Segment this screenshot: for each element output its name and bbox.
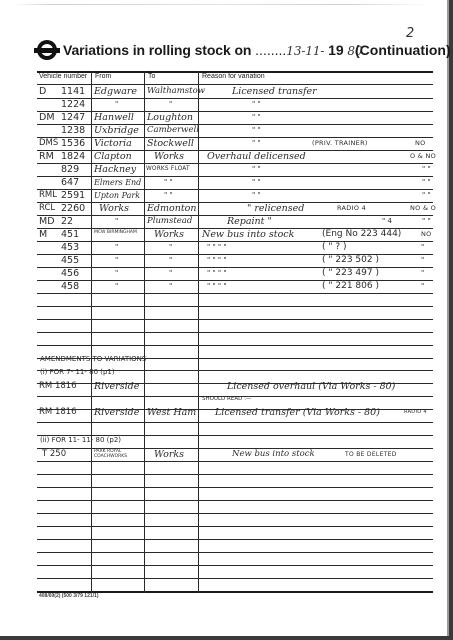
- reason: Licensed transfer (Via Works - 80): [215, 406, 380, 419]
- from-location: Upton Park: [94, 189, 146, 202]
- flag-note: " ": [422, 163, 431, 176]
- vehicle-number: 1224: [61, 98, 85, 111]
- column-header-from: From: [95, 73, 111, 80]
- vehicle-prefix: RM: [39, 150, 54, 163]
- vehicle-number: 2591: [61, 189, 85, 202]
- flag-note: ": [421, 267, 424, 280]
- reason: New bus into stock: [232, 448, 315, 461]
- vehicle-number: 1824: [61, 150, 85, 163]
- flag-note: O & NO: [410, 150, 436, 163]
- table-row: RML 2591 Upton Park " " " " " ": [37, 189, 433, 202]
- flag-note: RADIO 4: [404, 406, 427, 419]
- vehicle-number: 22: [61, 215, 73, 228]
- scan-edge: [0, 636, 453, 640]
- table-row: 1224 " " " ": [37, 98, 433, 111]
- reason: " " " ": [207, 241, 227, 254]
- remark: " 4: [382, 215, 392, 228]
- table-row: D 1141 Edgware Walthamstow Licensed tran…: [37, 85, 433, 98]
- reason: " ": [252, 111, 261, 124]
- from-location: Riverside: [94, 380, 146, 393]
- vehicle-number: 1238: [61, 124, 85, 137]
- flag-note: " ": [422, 189, 431, 202]
- reason: " ": [252, 137, 261, 150]
- table-row: RCL 2260 Works Edmonton " relicensed RAD…: [37, 202, 433, 215]
- vehicle-prefix: DMS: [39, 137, 58, 150]
- from-location: Works: [99, 202, 151, 215]
- table-row: 453 " " " " " " ( " ? ) ": [37, 241, 433, 254]
- flag-note: NO: [415, 137, 426, 150]
- vehicle-number: 1141: [61, 85, 85, 98]
- amendment-section-2: (ii) FOR 11- 11- 80 (p2): [40, 436, 121, 444]
- vehicle-prefix: MD: [39, 215, 55, 228]
- vehicle-number: 1247: [61, 111, 85, 124]
- form-title: Variations in rolling stock on ........1…: [63, 42, 366, 58]
- vehicle-prefix: DM: [39, 111, 55, 124]
- from-location: PARK ROYAL COACHWORKS: [94, 449, 144, 462]
- to-location: ": [169, 267, 172, 280]
- reason: Licensed overhaul (Via Works - 80): [227, 380, 395, 393]
- vehicle-number: RM 1816: [39, 406, 77, 419]
- table-row: DMS 1536 Victoria Stockwell " " (PRIV. T…: [37, 137, 433, 150]
- form-code: 408/69(2) (500 3/79 121/1): [39, 593, 99, 599]
- london-transport-roundel-icon: [37, 40, 57, 60]
- reason: " " " ": [207, 254, 227, 267]
- column-header-reason: Reason for variation: [202, 73, 265, 80]
- from-location: Victoria: [94, 137, 146, 150]
- from-location: ": [115, 267, 118, 280]
- scan-edge: [449, 0, 453, 640]
- vehicle-number: 458: [61, 280, 79, 293]
- engine-number: (Eng No 223 444): [322, 228, 401, 241]
- date-dots: ........: [255, 42, 286, 58]
- from-location: Hanwell: [94, 111, 146, 124]
- reason: Licensed transfer: [232, 85, 317, 98]
- vehicle-number: 2260: [61, 202, 85, 215]
- from-location: ": [115, 241, 118, 254]
- table-row: MD 22 " Plumstead Repaint " " 4 " ": [37, 215, 433, 228]
- table-row: 829 Hackney WORKS FLOAT " " " ": [37, 163, 433, 176]
- table-row: 1238 Uxbridge Camberwell " ": [37, 124, 433, 137]
- column-header-vehicle: Vehicle number: [39, 73, 87, 80]
- reason: New bus into stock: [202, 228, 294, 241]
- table-row: DM 1247 Hanwell Loughton " ": [37, 111, 433, 124]
- to-location: Stockwell: [147, 137, 197, 150]
- vehicle-number: 455: [61, 254, 79, 267]
- to-location: Camberwell: [147, 124, 197, 137]
- vehicle-number: 451: [61, 228, 79, 241]
- flag-note: ": [421, 241, 424, 254]
- to-location: West Ham: [147, 406, 197, 419]
- from-location: ": [115, 254, 118, 267]
- from-location: Uxbridge: [94, 124, 146, 137]
- reason: " ": [252, 124, 261, 137]
- flag-note: " ": [422, 176, 431, 189]
- from-location: Edgware: [94, 85, 146, 98]
- should-read-note: SHOULD READ :—: [202, 396, 251, 402]
- vehicle-prefix: M: [39, 228, 47, 241]
- continuation-label: (Continuation): [355, 42, 451, 58]
- title-text: Variations in rolling stock on: [63, 42, 251, 58]
- vehicle-number: 647: [61, 176, 79, 189]
- to-location: Works: [154, 448, 204, 461]
- flag-note: NO & O: [410, 202, 436, 215]
- amendment-section-1: (i) FOR 7- 11- 80 (p1): [40, 368, 115, 376]
- vehicle-prefix: RCL: [39, 202, 55, 215]
- vehicle-number: 456: [61, 267, 79, 280]
- reason: " ": [252, 98, 261, 111]
- reason: " relicensed: [247, 202, 304, 215]
- reason: " " " ": [207, 267, 227, 280]
- flag-note: TO BE DELETED: [345, 448, 397, 461]
- vehicle-number: 829: [61, 163, 79, 176]
- form-header: Variations in rolling stock on ........1…: [37, 38, 437, 62]
- to-location: ": [169, 280, 172, 293]
- from-location: ": [115, 280, 118, 293]
- date-field: 13-11-: [286, 44, 324, 58]
- from-location: ": [115, 98, 118, 111]
- table-row: M 451 MCW BIRMINGHAM Works New bus into …: [37, 228, 433, 241]
- table-row: RM 1824 Clapton Works Overhaul delicense…: [37, 150, 433, 163]
- reason: " ": [252, 189, 261, 202]
- scan-artifact: [10, 4, 430, 5]
- vehicle-number: 1536: [61, 137, 85, 150]
- vehicle-number: T 250: [42, 448, 66, 461]
- from-location: ": [115, 215, 118, 228]
- vehicle-prefix: RML: [39, 189, 57, 202]
- flag-note: ": [421, 254, 424, 267]
- from-location: Riverside: [94, 406, 146, 419]
- table-row: RM 1816 Riverside West Ham Licensed tran…: [37, 406, 433, 419]
- engine-number: ( " 221 806 ): [322, 280, 379, 293]
- to-location: " ": [164, 189, 173, 202]
- vehicle-number: 453: [61, 241, 79, 254]
- to-location: WORKS FLOAT: [146, 163, 190, 176]
- remark: RADIO 4: [337, 202, 366, 215]
- from-location: Hackney: [94, 163, 146, 176]
- table-row: T 250 PARK ROYAL COACHWORKS Works New bu…: [37, 448, 433, 461]
- to-location: ": [169, 254, 172, 267]
- column-header-to: To: [148, 73, 155, 80]
- reason: Overhaul delicensed: [207, 150, 306, 163]
- to-location: ": [169, 98, 172, 111]
- engine-number: ( " 223 497 ): [322, 267, 379, 280]
- engine-number: ( " ? ): [322, 241, 347, 254]
- reason: Repaint ": [227, 215, 272, 228]
- to-location: Works: [154, 228, 204, 241]
- to-location: Loughton: [147, 111, 197, 124]
- from-location: Clapton: [94, 150, 146, 163]
- to-location: Edmonton: [147, 202, 197, 215]
- table-row: 458 " " " " " " ( " 221 806 ) ": [37, 280, 433, 293]
- reason: " ": [252, 163, 261, 176]
- flag-note: NO: [421, 228, 432, 241]
- to-location: Walthamstow: [147, 85, 197, 98]
- to-location: " ": [164, 176, 173, 189]
- vehicle-number: RM 1816: [39, 380, 77, 393]
- remark: (PRIV. TRAINER): [312, 137, 368, 150]
- amendments-heading: AMENDMENTS TO VARIATIONS: [40, 355, 146, 363]
- from-location: Elmers End: [94, 176, 146, 189]
- table-row: 455 " " " " " " ( " 223 502 ) ": [37, 254, 433, 267]
- vehicle-prefix: D: [39, 85, 46, 98]
- flag-note: ": [421, 280, 424, 293]
- table-row: 647 Elmers End " " " " " ": [37, 176, 433, 189]
- to-location: ": [169, 241, 172, 254]
- table-row: RM 1816 Riverside Licensed overhaul (Via…: [37, 380, 433, 393]
- flag-note: " ": [422, 215, 431, 228]
- to-location: Works: [154, 150, 204, 163]
- table-row: 456 " " " " " " ( " 223 497 ) ": [37, 267, 433, 280]
- to-location: Plumstead: [147, 215, 197, 228]
- reason: " " " ": [207, 280, 227, 293]
- year-prefix: 19: [328, 42, 343, 58]
- reason: " ": [252, 176, 261, 189]
- engine-number: ( " 223 502 ): [322, 254, 379, 267]
